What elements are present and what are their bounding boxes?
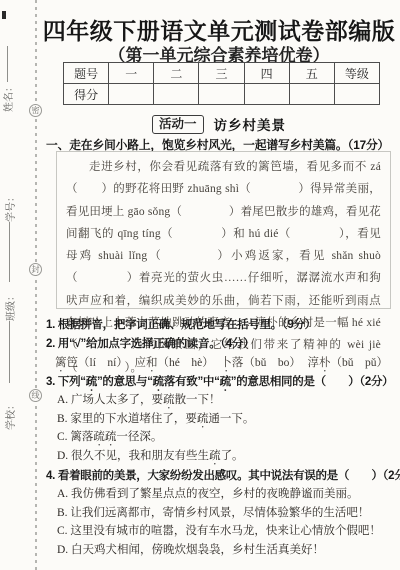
passage-box: 走进乡村，你会看见疏落有致的篱笆墙，看见多而不 zá（ ）的野花将田野 zhuā… — [56, 151, 391, 309]
q4-option-d: D. 白天鸡犬相闻，傍晚炊烟袅袅，乡村生活真美好！ — [57, 541, 396, 560]
score-blank-cell — [154, 84, 199, 105]
activity-title: 访乡村美景 — [214, 114, 287, 134]
q4-option-c: C. 这里没有城市的喧嚣，没有车水马龙，快来让心情放个假吧！ — [57, 522, 396, 541]
q2-option-buluo: 卜落（bǔ bo） — [220, 354, 301, 375]
exam-paper: 姓名： 学号： 班级： 学校： 密 封 线 四年级下册语文单元测试卷部编版 （第… — [0, 0, 400, 570]
question-4-options: A. 我仿佛看到了繁星点点的夜空，乡村的夜晚静谧而美丽。 B. 让我们远离都市，… — [57, 485, 396, 559]
q3-option-c: C. 篱落疏疏一径深。 — [57, 428, 396, 447]
activity-badge: 活动一 — [152, 115, 204, 134]
score-table-cell: 四 — [244, 63, 289, 84]
question-4: 4. 看着眼前的美景，大家纷纷发出感叹。其中说法有误的是（ ）（2分） — [46, 467, 400, 483]
name-field-label: 姓名： — [0, 82, 15, 112]
q3-option-b: B. 家里的下水道堵住了，要疏通一下。 — [57, 410, 396, 429]
score-blank-cell — [244, 84, 289, 105]
seal-dotted-line — [35, 0, 37, 570]
score-table-cell: 五 — [289, 63, 334, 84]
print-registration-mark — [2, 11, 6, 19]
q2-option-chunpu: 淳朴（bǔ pǔ） — [307, 354, 388, 375]
question-2-options: 篱笆（lí ní） 应和（hé hè） 卜落（bǔ bo） 淳朴（bǔ pǔ） — [55, 354, 388, 375]
q3-option-a: A. 广场人太多了，要疏散一下！ — [57, 391, 396, 410]
class-field: 班级： — [2, 288, 16, 383]
q4-option-b: B. 让我们远离都市，寄情乡村风景，尽情体验繁华的生活吧！ — [57, 504, 396, 523]
name-fill-line — [7, 46, 8, 82]
q3-option-d: D. 很久不见，我和朋友有些生疏了。 — [57, 447, 396, 466]
score-table-cell: 题号 — [64, 63, 109, 84]
score-table-cell: 得分 — [64, 84, 109, 105]
student-id-fill-line — [9, 222, 10, 282]
question-2: 2. 用“√”给加点字选择正确的读音。（4分） — [46, 335, 254, 351]
score-blank-cell — [334, 84, 379, 105]
student-id-field: 学号： — [2, 185, 16, 282]
question-1: 1. 根据拼音，把字词正确、规范地写在括号里。（9分） — [46, 316, 316, 332]
seal-char-xian: 线 — [29, 389, 42, 402]
score-table-score-row: 得分 — [64, 84, 380, 105]
score-table: 题号 一 二 三 四 五 等级 得分 — [63, 62, 380, 105]
q2-option-liba: 篱笆（lí ní） — [55, 354, 128, 375]
name-field: 姓名： — [0, 40, 14, 112]
activity-banner: 活动一 访乡村美景 — [42, 114, 396, 134]
seal-char-mi: 密 — [29, 104, 42, 117]
seal-char-feng: 封 — [29, 263, 42, 276]
score-table-cell: 一 — [109, 63, 154, 84]
student-id-field-label: 学号： — [2, 192, 17, 222]
score-table-cell: 三 — [199, 63, 244, 84]
class-field-label: 班级： — [2, 291, 17, 321]
score-table-cell: 等级 — [334, 63, 379, 84]
score-blank-cell — [109, 84, 154, 105]
q2-option-yinghe: 应和（hé hè） — [134, 354, 213, 375]
score-blank-cell — [199, 84, 244, 105]
question-3-options: A. 广场人太多了，要疏散一下！ B. 家里的下水道堵住了，要疏通一下。 C. … — [57, 391, 396, 465]
class-fill-line — [9, 321, 10, 383]
school-field: 学校： — [2, 394, 16, 430]
score-table-header-row: 题号 一 二 三 四 五 等级 — [64, 63, 380, 84]
school-field-label: 学校： — [2, 400, 17, 430]
q4-option-a: A. 我仿佛看到了繁星点点的夜空，乡村的夜晚静谧而美丽。 — [57, 485, 396, 504]
score-blank-cell — [289, 84, 334, 105]
score-table-cell: 二 — [154, 63, 199, 84]
